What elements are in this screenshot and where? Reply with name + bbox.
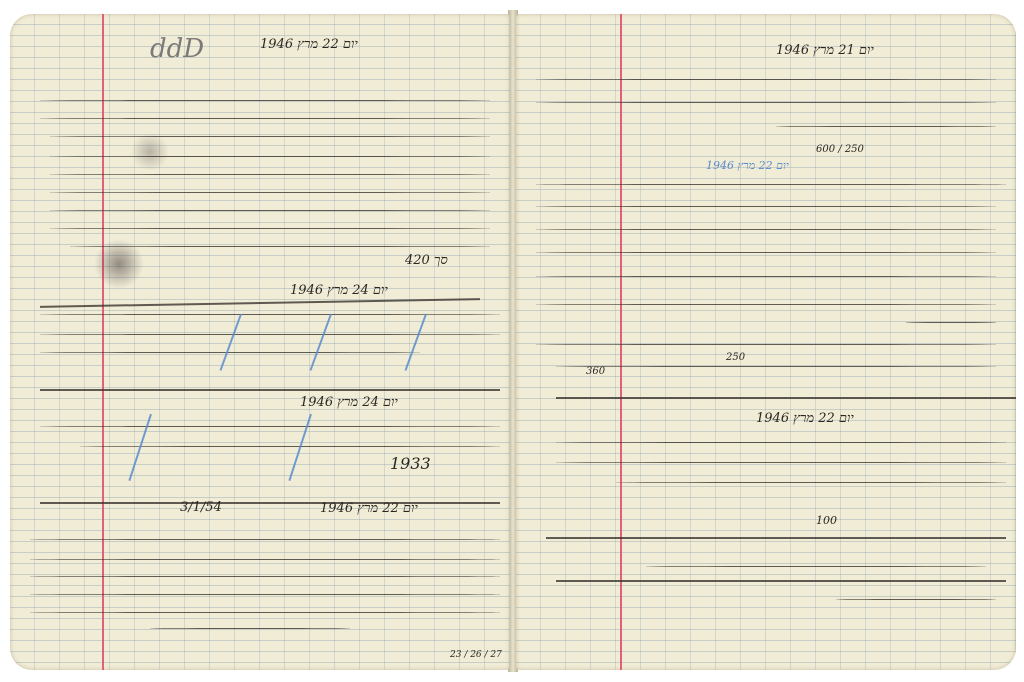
number-note: 100 — [816, 514, 837, 527]
entry-divider — [556, 397, 1016, 399]
entry-divider — [546, 537, 1006, 539]
left-page: ddD יום 22 מרץ 1946 סך 420 יום 24 מרץ 19… — [10, 14, 510, 670]
ink-stain — [130, 134, 170, 170]
entry-date: יום 21 מרץ 1946 — [776, 42, 874, 58]
blue-entry-date: יום 22 מרץ 1946 — [706, 159, 789, 172]
corner-numbers: 23 / 26 / 27 — [450, 650, 502, 660]
side-date: 3/1/54 — [180, 500, 222, 515]
red-margin-line — [102, 14, 104, 670]
entry-date: יום 22 מרץ 1946 — [260, 36, 358, 52]
right-page: יום 21 מרץ 1946 600 / 250 יום 22 מרץ 194… — [516, 14, 1016, 670]
entry-date: יום 22 מרץ 1946 — [320, 500, 418, 516]
year-note: 1933 — [390, 454, 431, 473]
entry-date: יום 24 מרץ 1946 — [300, 394, 398, 410]
entry-divider — [40, 502, 500, 504]
ink-stain — [94, 239, 144, 289]
number-note: 360 — [586, 366, 605, 377]
entry-date: יום 22 מרץ 1946 — [756, 410, 854, 426]
number-note: 250 — [726, 352, 745, 363]
entry-divider — [40, 389, 500, 391]
red-margin-line — [620, 14, 622, 670]
ruled-grid — [10, 14, 510, 670]
amount-note: 600 / 250 — [816, 144, 864, 155]
entry-divider — [556, 580, 1006, 582]
ruled-grid — [516, 14, 1016, 670]
sum-note: סך 420 — [405, 252, 448, 268]
pencil-mark: ddD — [150, 34, 204, 64]
entry-date: יום 24 מרץ 1946 — [290, 282, 388, 298]
